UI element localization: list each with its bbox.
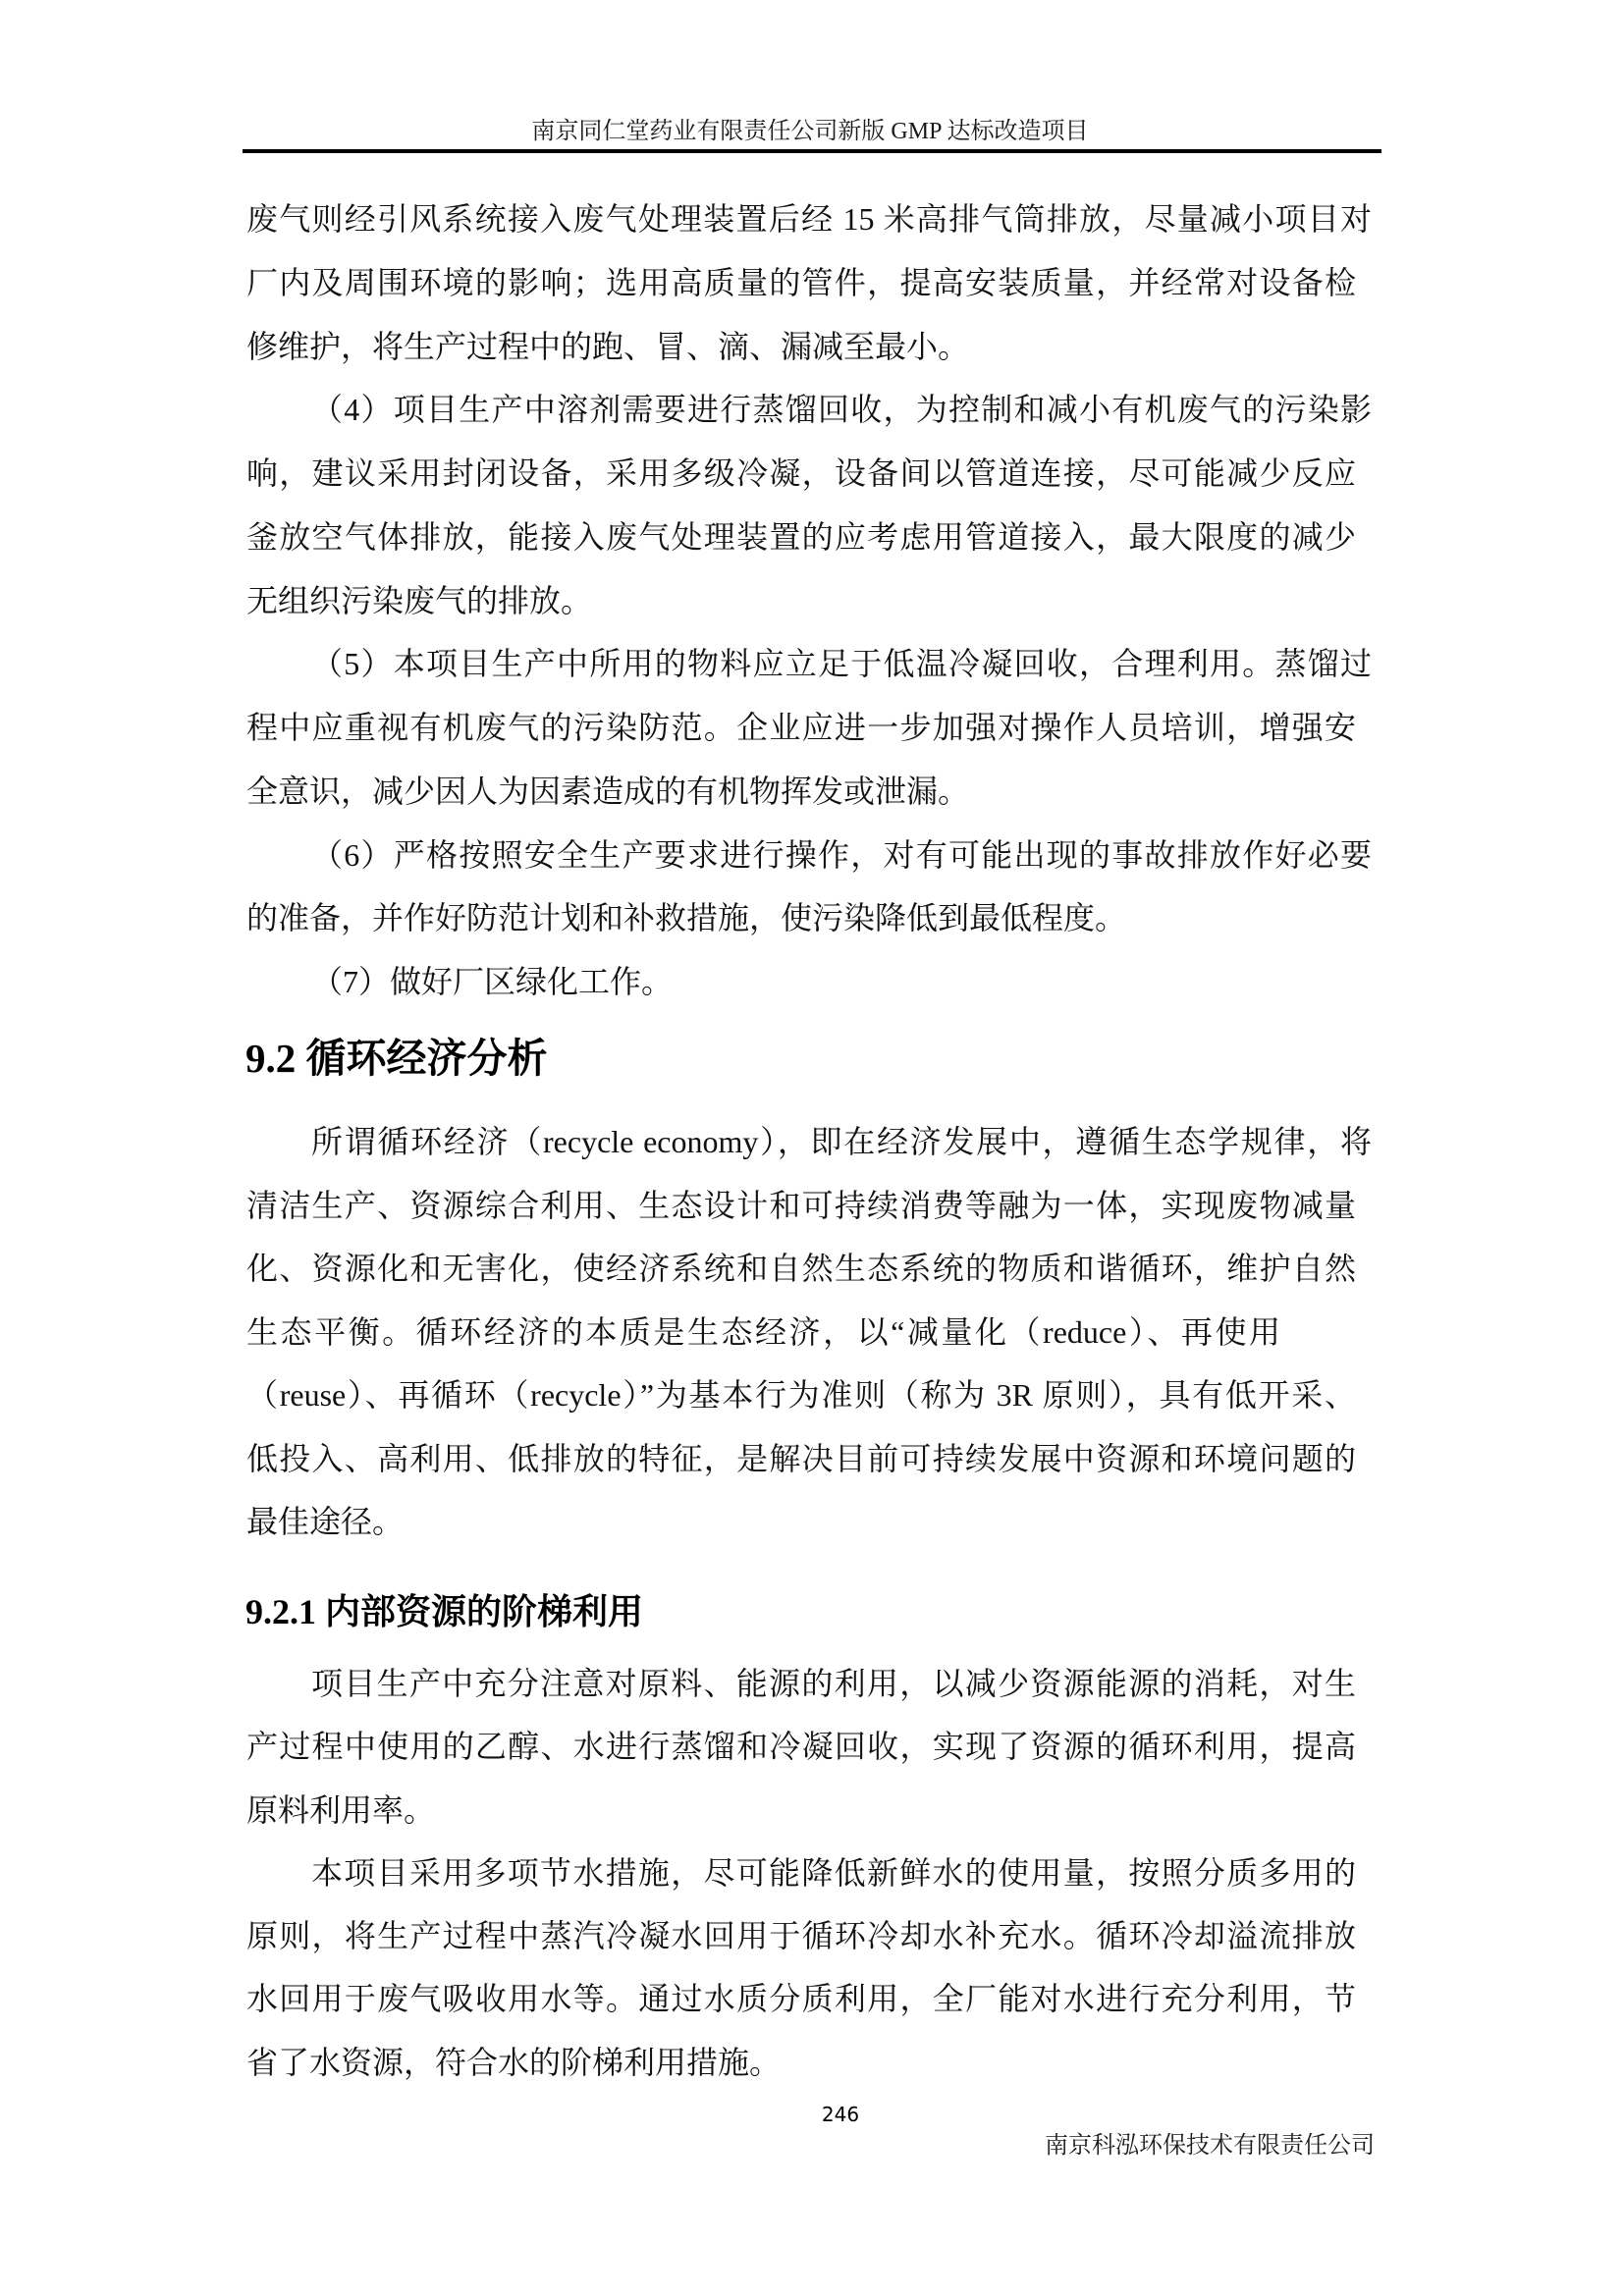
text-line: 修维护，将生产过程中的跑、冒、滴、漏减至最小。	[246, 315, 1385, 379]
paragraph: 废气则经引风系统接入废气处理装置后经 15 米高排气筒排放，尽量减小项目对 厂内…	[246, 187, 1385, 378]
paragraph-item-6: （6）严格按照安全生产要求进行操作，对有可能出现的事故排放作好必要 的准备，并作…	[246, 824, 1385, 951]
text-line: 程中应重视有机废气的污染防范。企业应进一步加强对操作人员培训，增强安	[246, 696, 1356, 760]
page-number: 246	[791, 2101, 890, 2128]
section-heading-9-2: 9.2 循环经济分析	[245, 1029, 548, 1088]
text-line: 产过程中使用的乙醇、水进行蒸馏和冷凝回收，实现了资源的循环利用，提高	[246, 1715, 1356, 1778]
paragraph: 项目生产中充分注意对原料、能源的利用，以减少资源能源的消耗，对生 产过程中使用的…	[246, 1652, 1385, 1842]
text-line: 原则，将生产过程中蒸汽冷凝水回用于循环冷却水补充水。循环冷却溢流排放	[246, 1904, 1356, 1967]
footer-company-name: 南京科泓环保技术有限责任公司	[1045, 2130, 1375, 2162]
running-header-title: 南京同仁堂药业有限责任公司新版 GMP 达标改造项目	[417, 116, 1203, 147]
paragraph-item-5: （5）本项目生产中所用的物料应立足于低温冷凝回收，合理利用。蒸馏过 程中应重视有…	[246, 632, 1385, 823]
paragraph: 本项目采用多项节水措施，尽可能降低新鲜水的使用量，按照分质多用的 原则，将生产过…	[246, 1842, 1385, 2094]
text-line: 所谓循环经济（recycle economy），即在经济发展中，遵循生态学规律，…	[246, 1110, 1372, 1174]
text-line: （6）严格按照安全生产要求进行操作，对有可能出现的事故排放作好必要	[246, 824, 1372, 887]
text-line: 清洁生产、资源综合利用、生态设计和可持续消费等融为一体，实现废物减量	[246, 1174, 1356, 1238]
text-line: 低投入、高利用、低排放的特征，是解决目前可持续发展中资源和环境问题的	[246, 1427, 1356, 1491]
text-line: 全意识，减少因人为因素造成的有机物挥发或泄漏。	[246, 760, 1385, 824]
text-line: 项目生产中充分注意对原料、能源的利用，以减少资源能源的消耗，对生	[246, 1652, 1356, 1715]
text-line: 无组织污染废气的排放。	[246, 569, 1385, 633]
text-line: 省了水资源，符合水的阶梯利用措施。	[246, 2031, 1385, 2094]
paragraph: 所谓循环经济（recycle economy），即在经济发展中，遵循生态学规律，…	[246, 1110, 1385, 1554]
text-line: 废气则经引风系统接入废气处理装置后经 15 米高排气筒排放，尽量减小项目对	[246, 187, 1372, 251]
text-line: 最佳途径。	[246, 1490, 1385, 1554]
text-line: 生态平衡。循环经济的本质是生态经济，以“减量化（reduce）、再使用	[246, 1301, 1280, 1364]
text-line: 的准备，并作好防范计划和补救措施，使污染降低到最低程度。	[246, 886, 1385, 950]
text-line: （reuse）、再循环（recycle）”为基本行为准则（称为 3R 原则），具…	[246, 1363, 1356, 1427]
header-rule	[243, 149, 1381, 153]
text-line: 釜放空气体排放，能接入废气处理装置的应考虑用管道接入，最大限度的减少	[246, 506, 1356, 569]
text-line: 水回用于废气吸收用水等。通过水质分质利用，全厂能对水进行充分利用，节	[246, 1967, 1356, 2030]
paragraph-item-4: （4）项目生产中溶剂需要进行蒸馏回收，为控制和减小有机废气的污染影 响，建议采用…	[246, 378, 1385, 632]
text-line: 本项目采用多项节水措施，尽可能降低新鲜水的使用量，按照分质多用的	[246, 1842, 1356, 1904]
text-line: 原料利用率。	[246, 1779, 1385, 1842]
text-line: （4）项目生产中溶剂需要进行蒸馏回收，为控制和减小有机废气的污染影	[246, 378, 1372, 442]
document-page: 南京同仁堂药业有限责任公司新版 GMP 达标改造项目 废气则经引风系统接入废气处…	[0, 0, 1624, 2296]
text-line: 化、资源化和无害化，使经济系统和自然生态系统的物质和谐循环，维护自然	[246, 1237, 1356, 1301]
section-heading-9-2-1: 9.2.1 内部资源的阶梯利用	[245, 1584, 643, 1639]
text-line: （5）本项目生产中所用的物料应立足于低温冷凝回收，合理利用。蒸馏过	[246, 632, 1372, 696]
intro-paragraphs: 废气则经引风系统接入废气处理装置后经 15 米高排气筒排放，尽量减小项目对 厂内…	[246, 187, 1385, 1014]
paragraph-item-7: （7）做好厂区绿化工作。	[246, 950, 1385, 1014]
section-9-2-body: 所谓循环经济（recycle economy），即在经济发展中，遵循生态学规律，…	[246, 1110, 1385, 1554]
text-line: （7）做好厂区绿化工作。	[246, 950, 1385, 1014]
text-line: 厂内及周围环境的影响；选用高质量的管件，提高安装质量，并经常对设备检	[246, 251, 1356, 315]
text-line: 响，建议采用封闭设备，采用多级冷凝，设备间以管道连接，尽可能减少反应	[246, 442, 1356, 506]
section-9-2-1-body: 项目生产中充分注意对原料、能源的利用，以减少资源能源的消耗，对生 产过程中使用的…	[246, 1652, 1385, 2094]
